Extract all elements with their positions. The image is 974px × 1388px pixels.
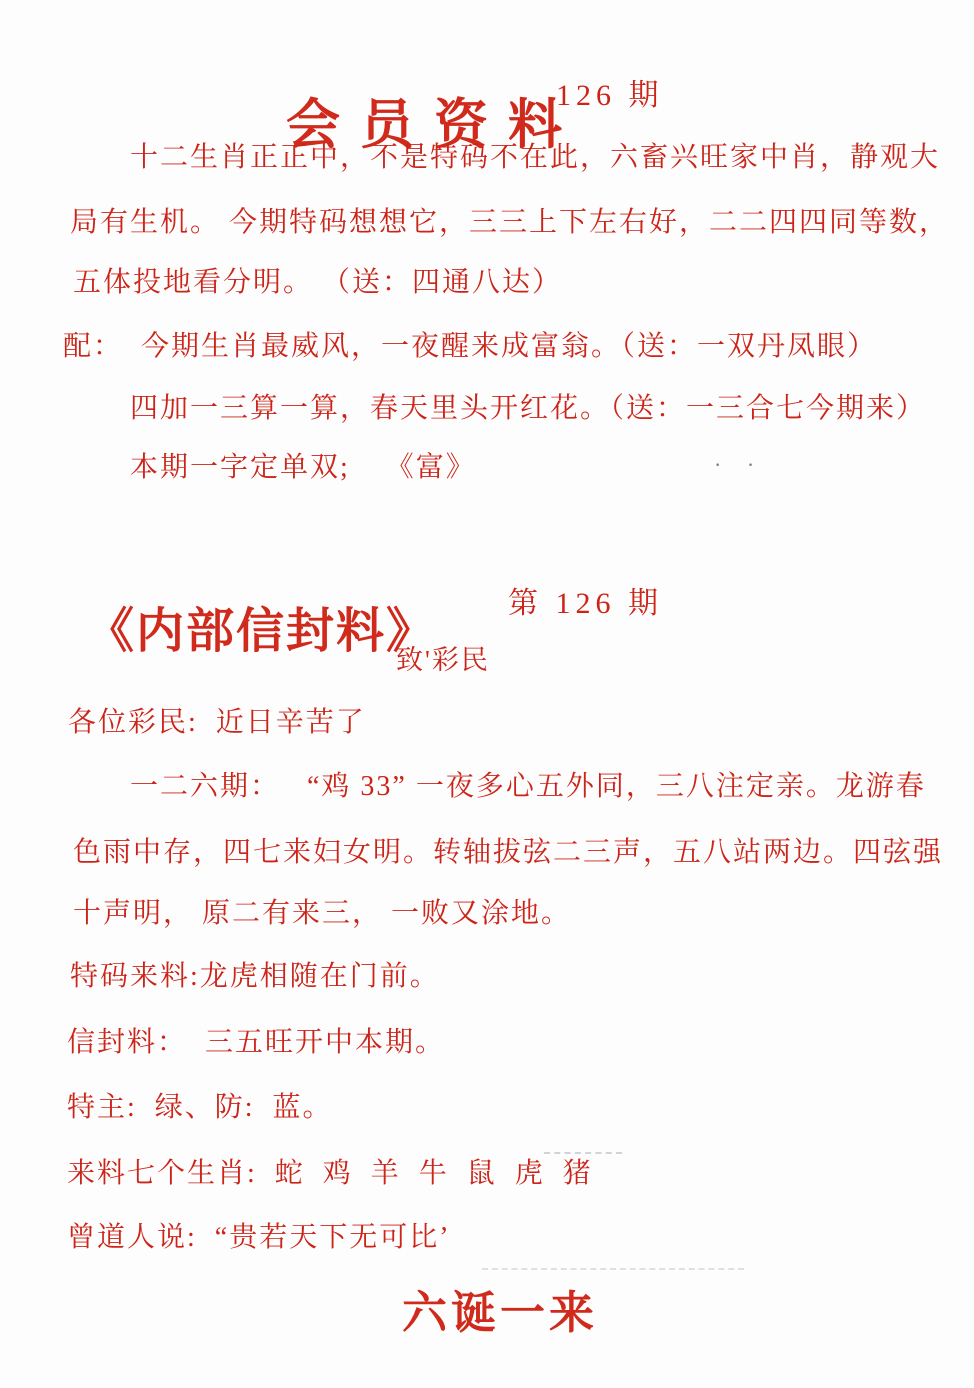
- document-page: 会员资料 126 期 十二生肖正正中，不是特码不在此，六畜兴旺家中肖，静观大 局…: [0, 0, 974, 1388]
- member-text-line: 本期一字定单双; 《富》: [130, 451, 476, 485]
- member-text-line: 配： 今期生肖最威风，一夜醒来成富翁。（送：一双丹凤眼）: [63, 330, 877, 364]
- scan-artifact-dashes: [482, 1268, 744, 1270]
- envelope-issue-number: 第 126 期: [508, 578, 663, 622]
- member-text-line: 十二生肖正正中，不是特码不在此，六畜兴旺家中肖，静观大: [130, 141, 940, 175]
- envelope-section-title: 《内部信封料》: [86, 592, 436, 661]
- envelope-paragraph-line: 一二六期： “鸡 33” 一夜多心五外同，三八注定亲。龙游春: [130, 770, 926, 804]
- member-text-line: 四加一三算一算，春天里头开红花。（送：一三合七今期来）: [130, 392, 926, 426]
- greeting-line: 各位彩民: 近日辛苦了: [68, 706, 366, 740]
- envelope-material-line: 信封料： 三五旺开中本期。: [67, 1026, 445, 1060]
- color-tip-line: 特主: 绿、防: 蓝。: [67, 1091, 333, 1125]
- member-issue-number: 126 期: [556, 70, 664, 114]
- member-text-line: 局有生机。 今期特码想想它，三三上下左右好，二二四四同等数，: [70, 206, 949, 240]
- member-text-line: 五体投地看分明。 （送：四通八达）: [73, 266, 562, 300]
- envelope-paragraph-line: 色雨中存，四七来妇女明。转轴拔弦二三声，五八站两边。四弦强: [73, 836, 943, 870]
- quote-line: 曾道人说: “贵若天下无可比’: [67, 1221, 451, 1255]
- special-code-line: 特码来料:龙虎相随在门前。: [70, 960, 440, 994]
- envelope-paragraph-line: 十声明， 原二有来三， 一败又涂地。: [73, 897, 571, 931]
- footer-slogan: 六诞一来: [402, 1276, 598, 1341]
- scan-artifact-dashes: [544, 1152, 622, 1154]
- envelope-subtitle: 致'彩民: [396, 638, 490, 677]
- stray-dots: · ·: [714, 452, 764, 478]
- zodiac-tip-line: 来料七个生肖: 蛇 鸡 羊 牛 鼠 虎 猪: [67, 1157, 593, 1191]
